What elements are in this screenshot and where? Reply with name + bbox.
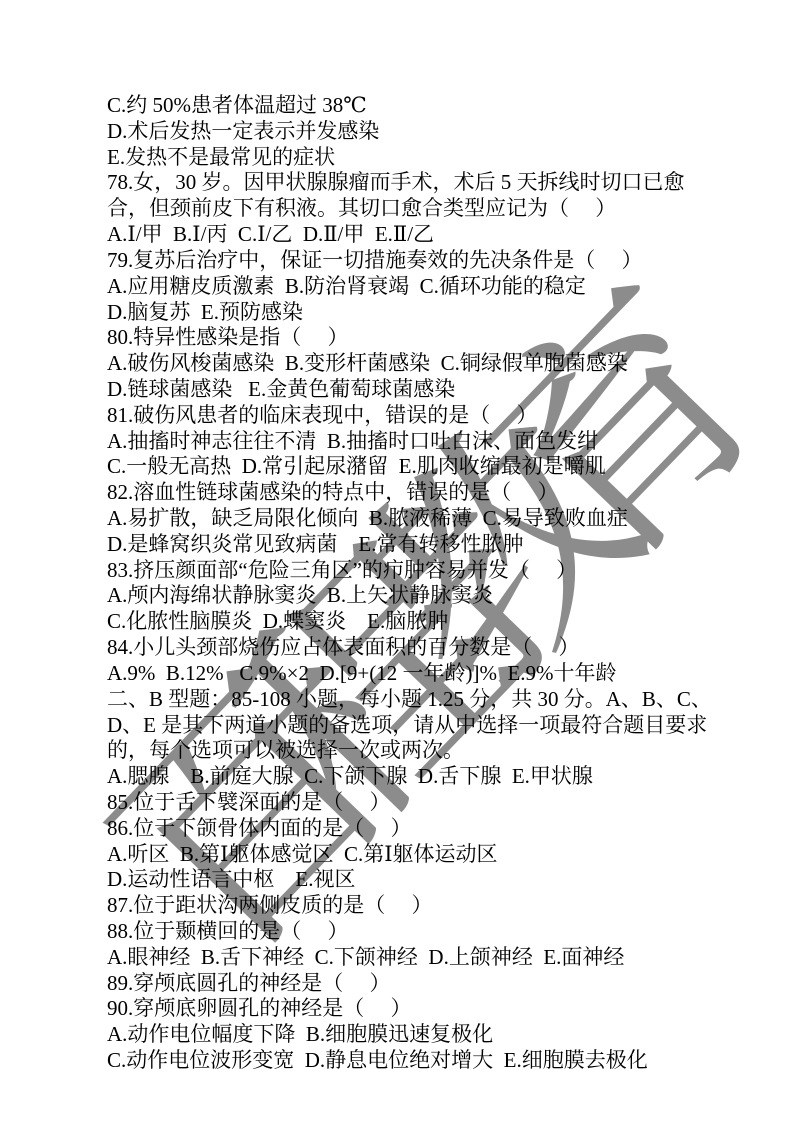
- text-line: D、E 是其下两道小题的备选项，请从中选择一项最符合题目要求: [107, 713, 739, 739]
- text-line: 88.位于颞横回的是（ ）: [107, 919, 739, 945]
- text-line: A.易扩散，缺乏局限化倾向 B.脓液稀薄 C.易导致败血症: [107, 506, 739, 532]
- text-line: 82.溶血性链球菌感染的特点中，错误的是（ ）: [107, 480, 739, 506]
- text-line: A.眼神经 B.舌下神经 C.下颌神经 D.上颌神经 E.面神经: [107, 945, 739, 971]
- text-line: A.破伤风梭菌感染 B.变形杆菌感染 C.铜绿假单胞菌感染: [107, 351, 739, 377]
- text-line: 81.破伤风患者的临床表现中，错误的是（ ）: [107, 403, 739, 429]
- text-line: D.脑复苏 E.预防感染: [107, 300, 739, 326]
- text-line: E.发热不是最常见的症状: [107, 145, 739, 171]
- text-line: 90.穿颅底卵圆孔的神经是（ ）: [107, 996, 739, 1022]
- text-line: 的，每个选项可以被选择一次或两次。: [107, 738, 739, 764]
- text-line: C.约 50%患者体温超过 38℃: [107, 93, 739, 119]
- text-line: 合，但颈前皮下有积液。其切口愈合类型应记为（ ）: [107, 196, 739, 222]
- text-line: 85.位于舌下襞深面的是（ ）: [107, 790, 739, 816]
- text-line: 83.挤压颜面部“危险三角区”的疖肿容易并发（ ）: [107, 558, 739, 584]
- text-line: 二、B 型题：85-108 小题，每小题 1.25 分，共 30 分。A、B、C…: [107, 687, 739, 713]
- text-line: A.应用糖皮质激素 B.防治肾衰竭 C.循环功能的稳定: [107, 274, 739, 300]
- text-line: D.术后发热一定表示并发感染: [107, 119, 739, 145]
- text-line: A.9% B.12% C.9%×2 D.[9+(12 一年龄)]% E.9%十年…: [107, 661, 739, 687]
- text-line: A.听区 B.第Ⅰ躯体感觉区 C.第Ⅰ躯体运动区: [107, 842, 739, 868]
- text-line: C.一般无高热 D.常引起尿潴留 E.肌肉收缩最初是嚼肌: [107, 454, 739, 480]
- text-line: D.链球菌感染 E.金黄色葡萄球菌感染: [107, 377, 739, 403]
- text-line: C.动作电位波形变宽 D.静息电位绝对增大 E.细胞膜去极化: [107, 1048, 739, 1074]
- text-line: 84.小儿头颈部烧伤应占体表面积的百分数是（ ）: [107, 635, 739, 661]
- text-line: A.腮腺 B.前庭大腺 C.下颌下腺 D.舌下腺 E.甲状腺: [107, 764, 739, 790]
- text-line: 78.女，30 岁。因甲状腺腺瘤而手术，术后 5 天拆线时切口已愈: [107, 170, 739, 196]
- text-line: D.运动性语言中枢 E.视区: [107, 867, 739, 893]
- text-line: A.抽搐时神志往往不清 B.抽搐时口吐白沫、面色发绀: [107, 429, 739, 455]
- text-line: 80.特异性感染是指（ ）: [107, 325, 739, 351]
- text-line: A.颅内海绵状静脉窦炎 B.上矢状静脉窦炎: [107, 583, 739, 609]
- document-body: C.约 50%患者体温超过 38℃D.术后发热一定表示并发感染E.发热不是最常见…: [107, 93, 739, 1074]
- text-line: A.Ⅰ/甲 B.Ⅰ/丙 C.Ⅰ/乙 D.Ⅱ/甲 E.Ⅱ/乙: [107, 222, 739, 248]
- text-line: A.动作电位幅度下降 B.细胞膜迅速复极化: [107, 1022, 739, 1048]
- text-line: 89.穿颅底圆孔的神经是（ ）: [107, 971, 739, 997]
- exam-page: 百程教育 C.约 50%患者体温超过 38℃D.术后发热一定表示并发感染E.发热…: [0, 0, 794, 1123]
- text-line: 79.复苏后治疗中，保证一切措施奏效的先决条件是（ ）: [107, 248, 739, 274]
- text-line: C.化脓性脑膜炎 D.蝶窦炎 E.脑脓肿: [107, 609, 739, 635]
- text-line: 86.位于下颌骨体内面的是（ ）: [107, 816, 739, 842]
- text-line: D.是蜂窝织炎常见致病菌 E.常有转移性脓肿: [107, 532, 739, 558]
- text-line: 87.位于距状沟两侧皮质的是（ ）: [107, 893, 739, 919]
